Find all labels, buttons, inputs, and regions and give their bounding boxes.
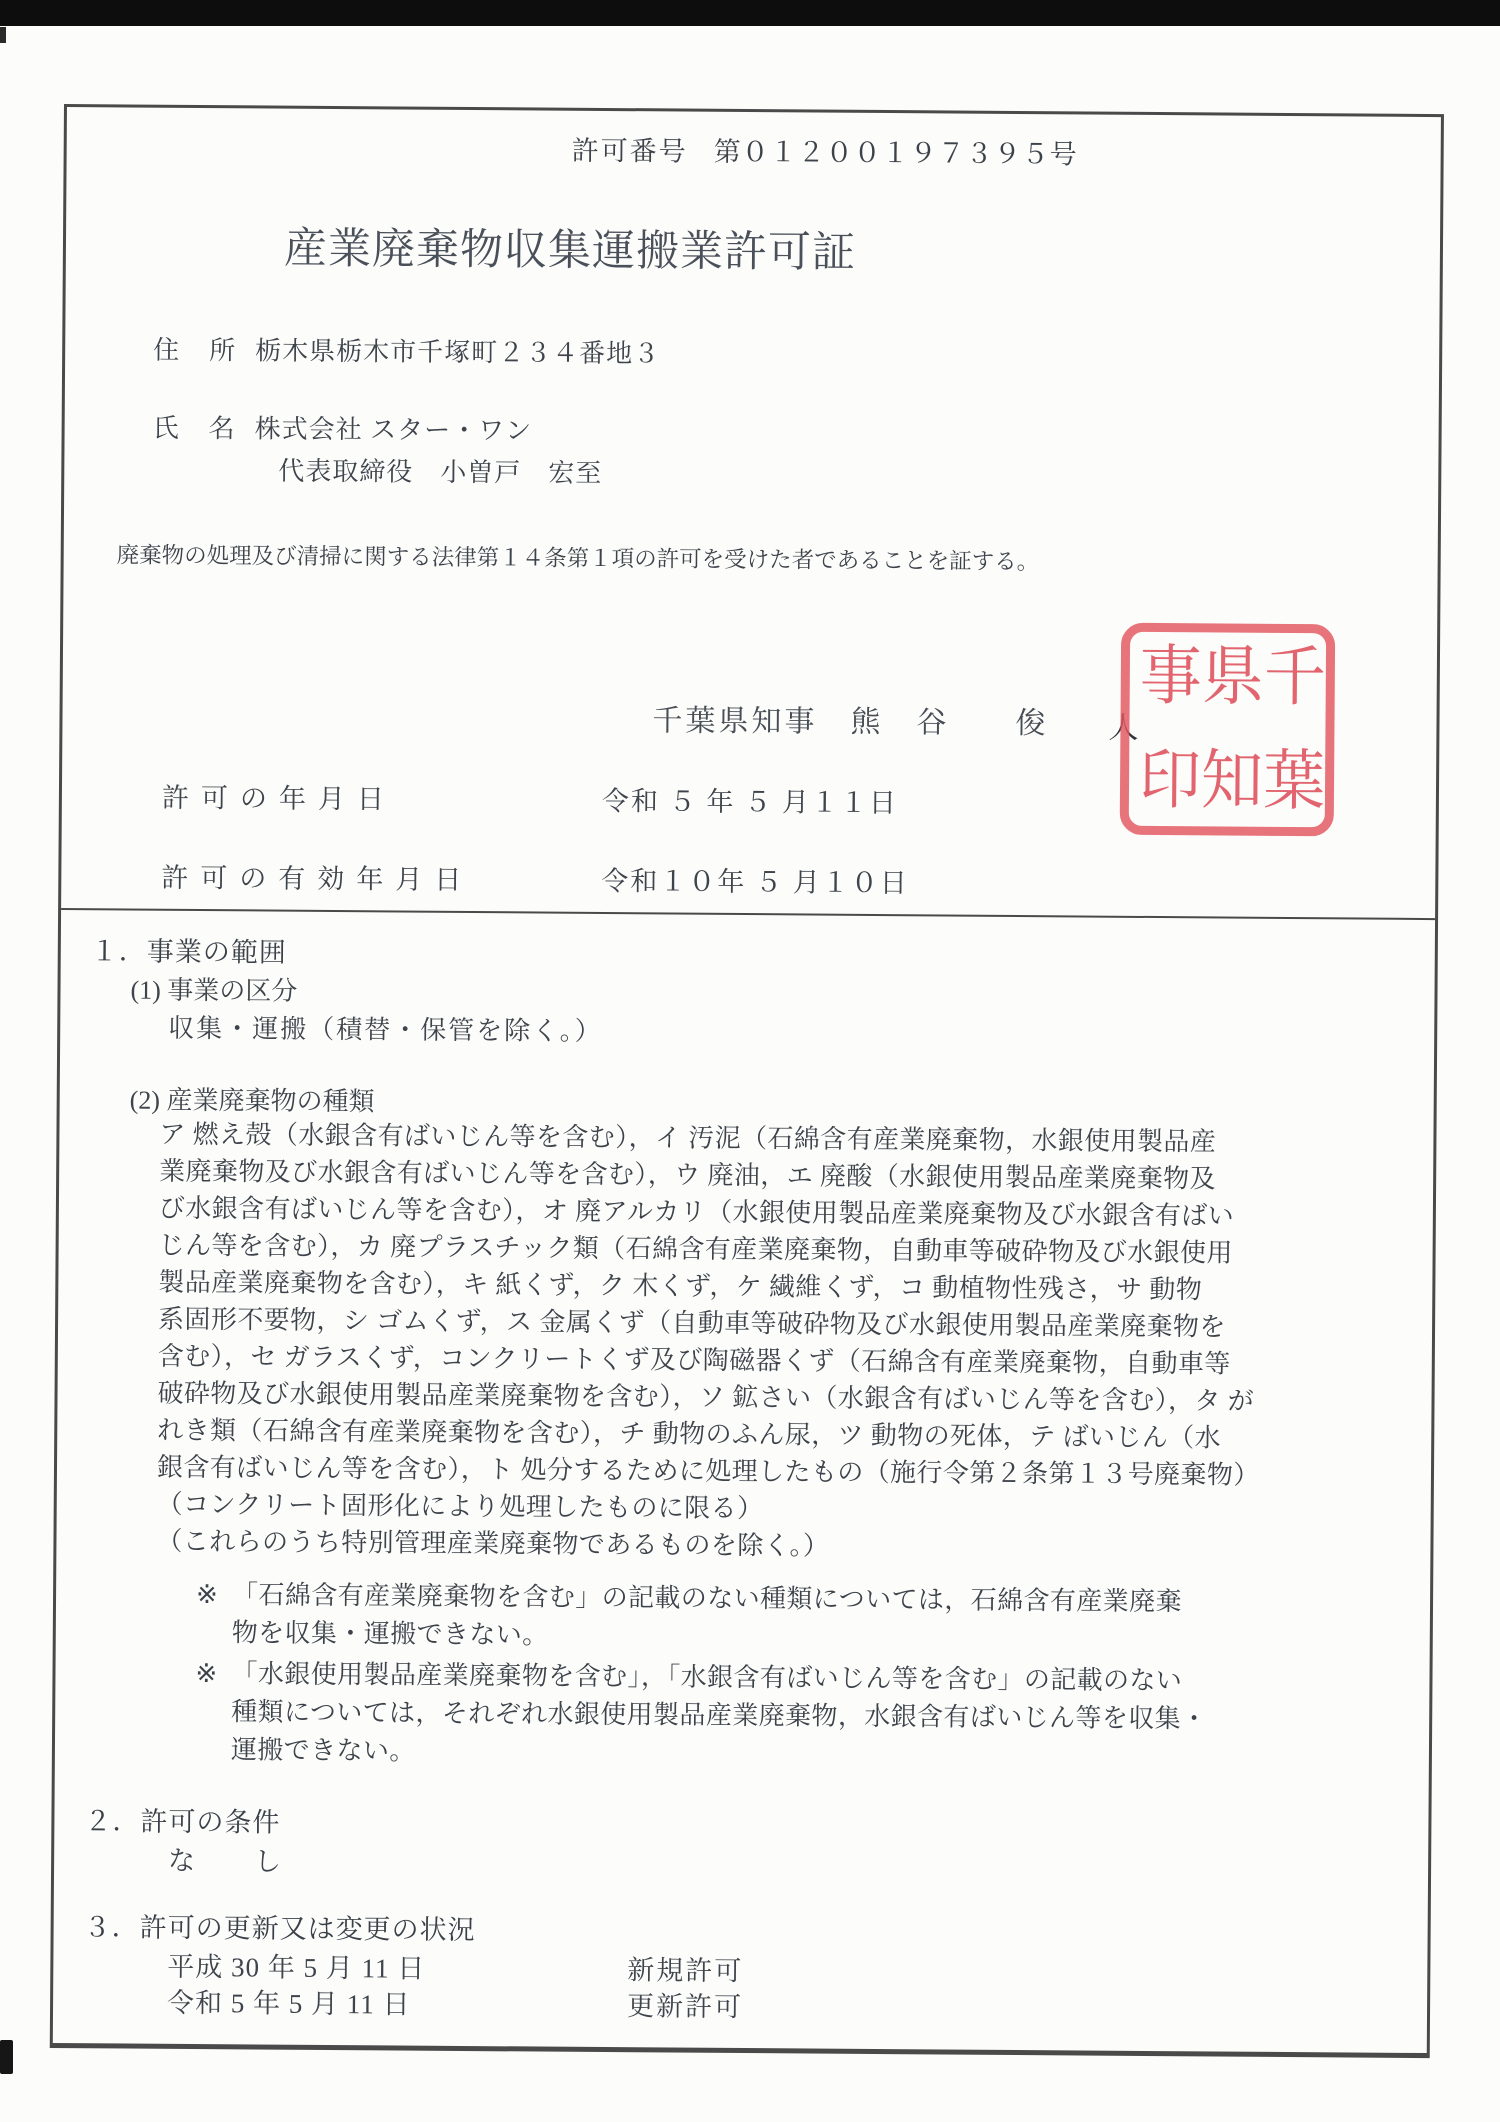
permit-number: 許可番号第０１２００１９７３９５号 <box>572 129 1078 172</box>
business-division-heading: (1) 事業の区分 <box>130 970 297 1008</box>
seal-character: 県 <box>1202 638 1265 717</box>
name-label: 氏 名 <box>153 414 237 444</box>
section3-heading: ３．許可の更新又は変更の状況 <box>84 1905 476 1947</box>
permit-number-label: 許可番号 <box>572 136 688 167</box>
note-mercury: ※ 「水銀使用製品産業廃棄物を含む」，「水銀含有ばいじん等を含む」の記載のない … <box>195 1655 1336 1777</box>
section1-heading: １．事業の範囲 <box>91 929 287 969</box>
seal-character: 葉 <box>1263 742 1326 821</box>
seal-column-right: 千 葉 <box>1263 641 1326 819</box>
scan-artifact-left-mark <box>0 27 6 43</box>
business-division-body: 収集・運搬（積替・保管を除く。） <box>168 1008 603 1048</box>
permit-certificate: 許可番号第０１２００１９７３９５号 産業廃棄物収集運搬業許可証 住 所栃木県栃木… <box>50 104 1444 2058</box>
address-label: 住 所 <box>153 336 237 366</box>
history-date: 令和 5 年 5 月 11 日 <box>167 1988 411 2020</box>
conditions-body: な し <box>168 1839 297 1879</box>
permit-date-row: 許可の年月日 令和 ５ 年 ５ 月１１日 <box>162 776 1262 823</box>
permit-date-value: 令和 ５ 年 ５ 月１１日 <box>602 779 898 820</box>
section-divider-line <box>61 908 1435 920</box>
history-date: 平成 30 年 5 月 11 日 <box>167 1952 425 1984</box>
scan-artifact-top-bar <box>0 0 1500 26</box>
seal-character: 千 <box>1264 639 1327 718</box>
expiry-date-row: 許可の有効年月日 令和１０年 ５ 月１０日 <box>161 856 1261 903</box>
permit-history: 平成 30 年 5 月 11 日 新規許可 令和 5 年 5 月 11 日 更新… <box>167 1945 1068 2024</box>
company-name: 株式会社 スター・ワン <box>255 414 533 445</box>
note-text: 「水銀使用製品産業廃棄物を含む」，「水銀含有ばいじん等を含む」の記載のない 種類… <box>231 1655 1208 1776</box>
note-marker: ※ <box>196 1576 233 1652</box>
note-asbestos: ※ 「石綿含有産業廃棄物を含む」の記載のない種類については，石綿含有産業廃棄 物… <box>196 1576 1337 1660</box>
section2-heading: ２．許可の条件 <box>84 1799 280 1839</box>
representative-name: 代表取締役 小曽戸 宏至 <box>278 451 602 490</box>
certification-statement: 廃棄物の処理及び清掃に関する法律第１４条第１項の許可を受けた者であることを証する… <box>117 537 1040 576</box>
issuer-governor-name: 千葉県知事 熊 谷 俊 <box>652 695 1048 742</box>
history-event: 更新許可 <box>627 1984 743 2024</box>
note-text: 「石綿含有産業廃棄物を含む」の記載のない種類については，石綿含有産業廃棄 物を収… <box>232 1576 1182 1659</box>
scan-artifact-bottom-left-mark <box>0 2040 13 2074</box>
document-title: 産業廃棄物収集運搬業許可証 <box>284 215 856 280</box>
scanned-document-page: 許可番号第０１２００１９７３９５号 産業廃棄物収集運搬業許可証 住 所栃木県栃木… <box>0 0 1500 2122</box>
history-event: 新規許可 <box>627 1948 743 1988</box>
note-marker: ※ <box>195 1655 232 1769</box>
seal-character: 事 <box>1140 638 1203 717</box>
waste-types-body: ア 燃え殻（水銀含有ばいじん等を含む），イ 汚泥（石綿含有産業廃棄物，水銀使用製… <box>156 1116 1374 1569</box>
name-row: 氏 名株式会社 スター・ワン <box>153 408 533 448</box>
history-row-renewal: 令和 5 年 5 月 11 日 更新許可 <box>167 1981 1067 2024</box>
expiry-date-label: 許可の有効年月日 <box>161 863 473 895</box>
expiry-date-value: 令和１０年 ５ 月１０日 <box>601 859 909 900</box>
permit-date-label: 許可の年月日 <box>162 783 396 815</box>
notes-block: ※ 「石綿含有産業廃棄物を含む」の記載のない種類については，石綿含有産業廃棄 物… <box>195 1576 1336 1780</box>
permit-number-value: 第０１２００１９７３９５号 <box>714 137 1078 170</box>
address-value: 栃木県栃木市千塚町２３４番地３ <box>255 336 660 368</box>
waste-types-heading: (2) 産業廃棄物の種類 <box>130 1080 375 1119</box>
address-row: 住 所栃木県栃木市千塚町２３４番地３ <box>153 330 660 371</box>
